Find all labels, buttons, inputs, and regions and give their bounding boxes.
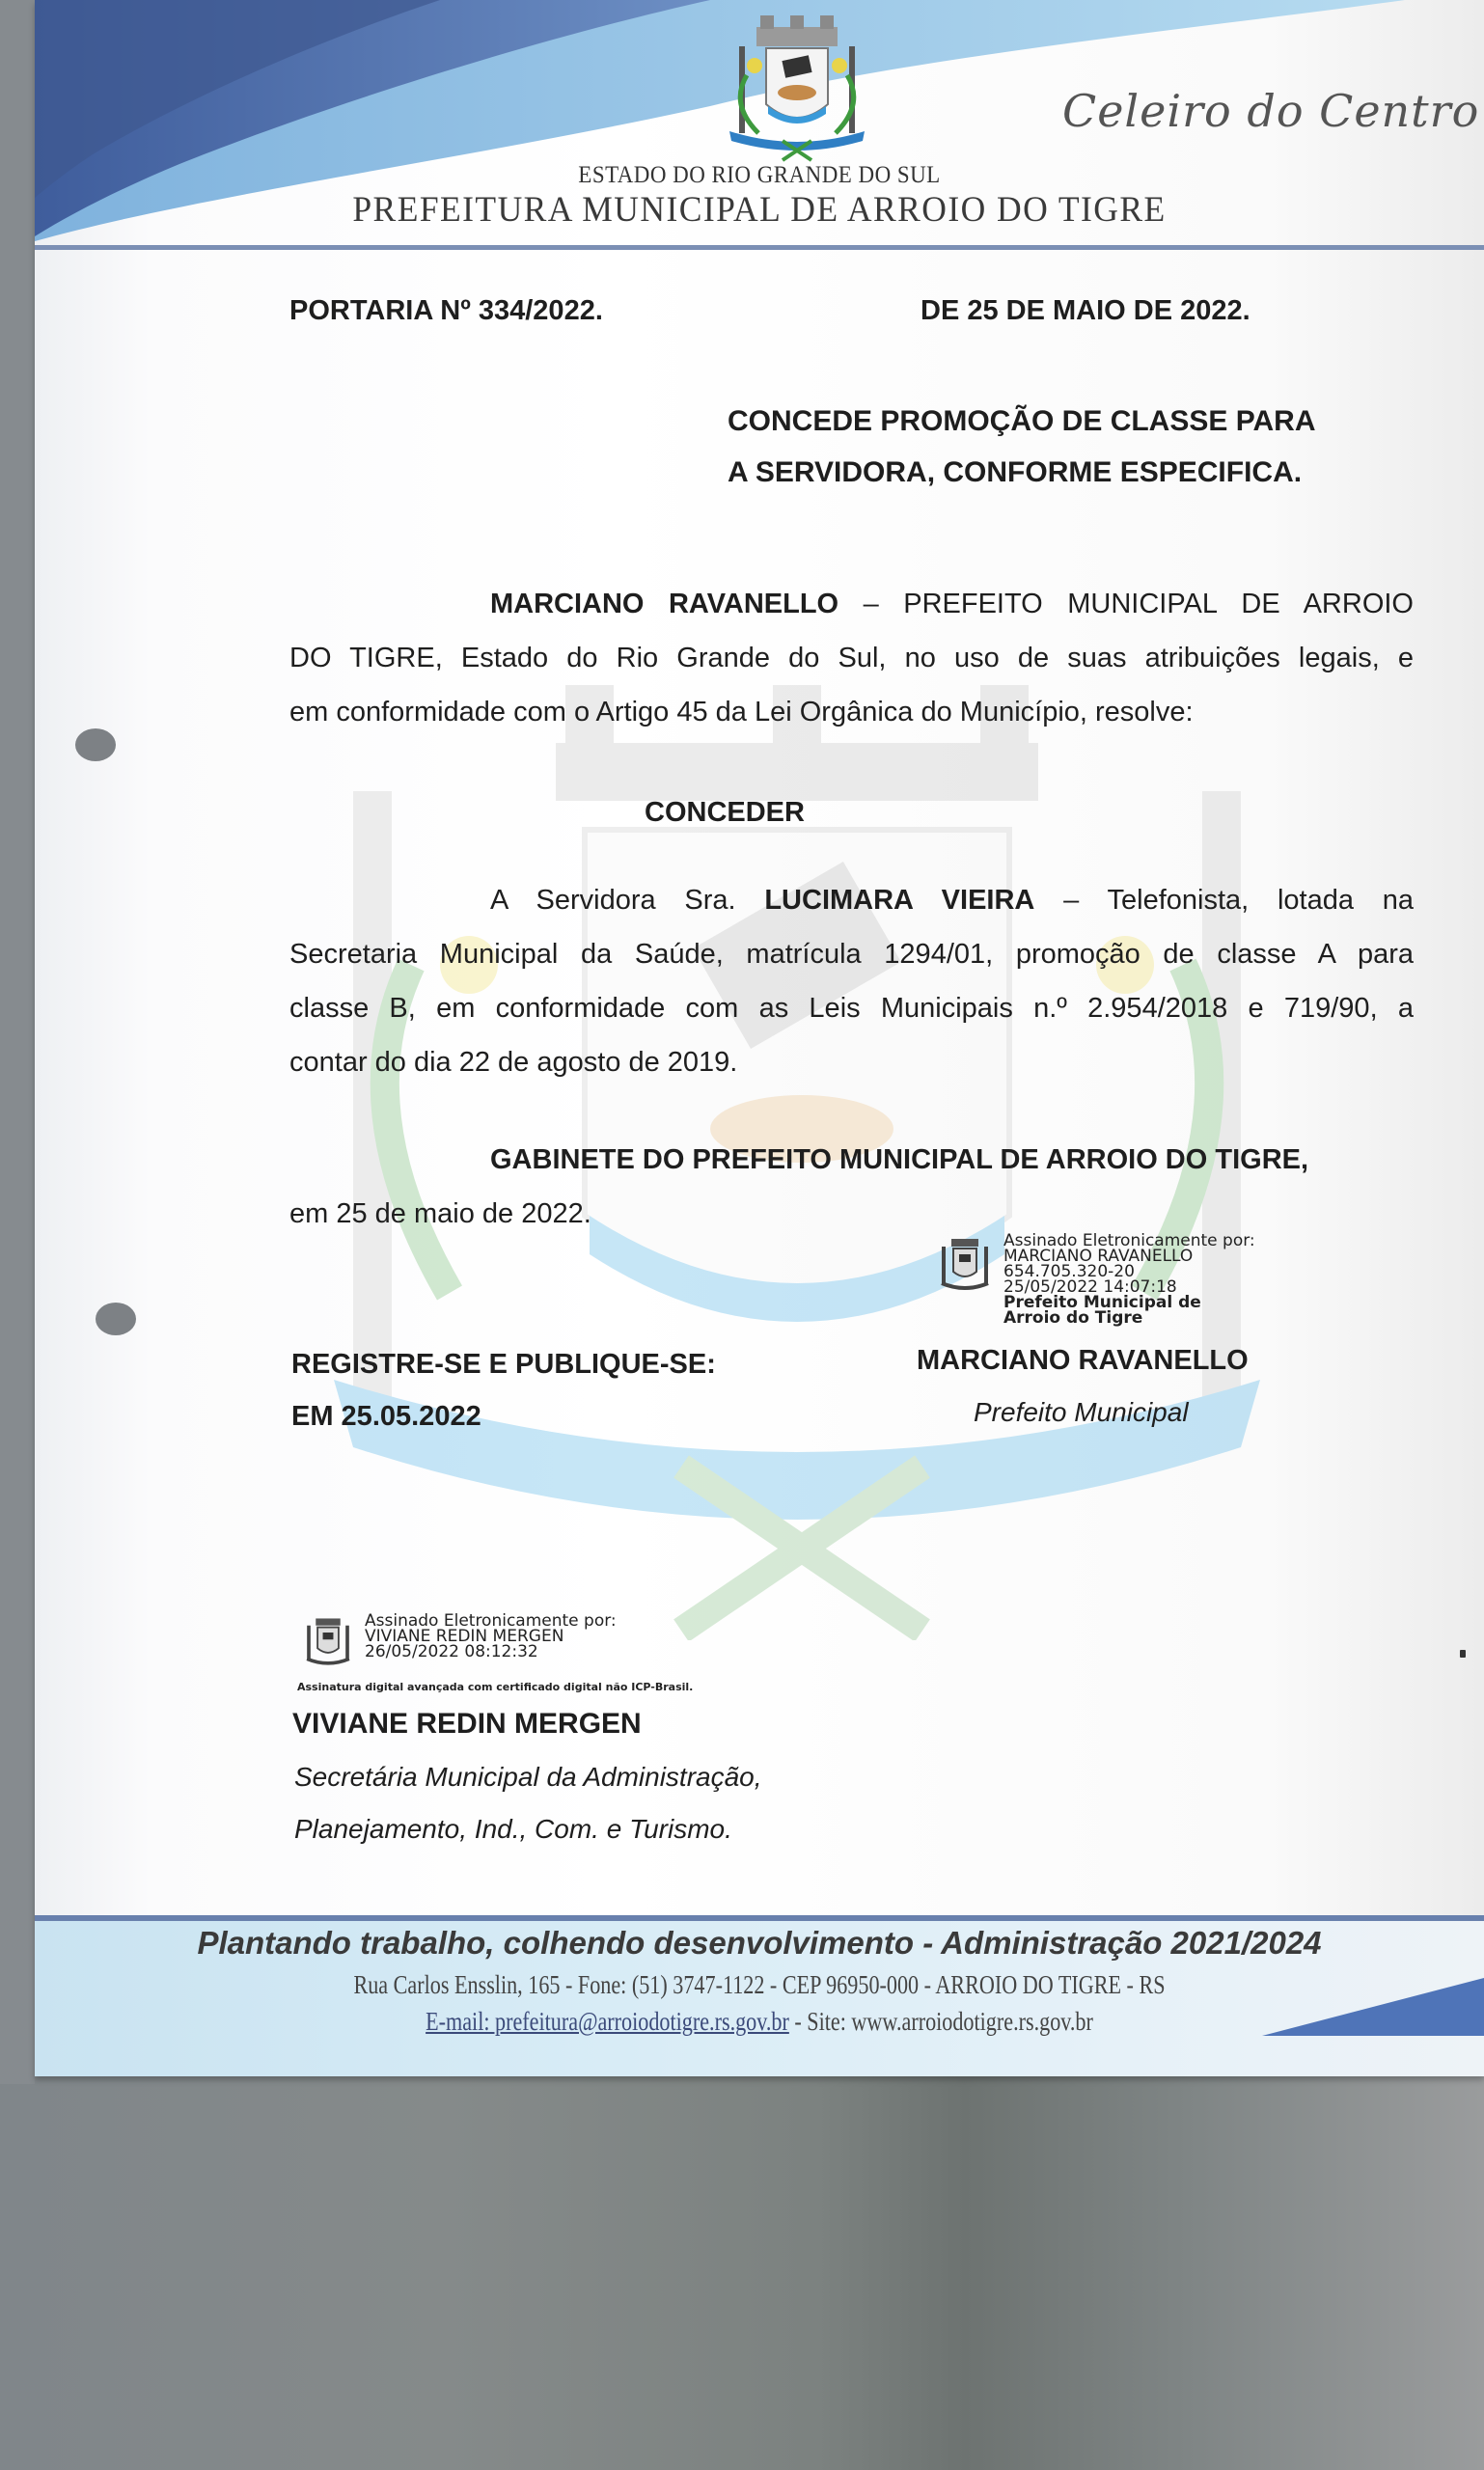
secretary-signature-name: VIVIANE REDIN MERGEN <box>292 1708 642 1741</box>
closing-paragraph: GABINETE DO PREFEITO MUNICIPAL DE ARROIO… <box>289 1133 1414 1241</box>
mayor-esignature-stamp: Assinado Eletronicamente por: MARCIANO R… <box>936 1233 1255 1326</box>
secretary-title-line: Planejamento, Ind., Com. e Turismo. <box>294 1814 732 1845</box>
crest-stamp-icon <box>936 1233 994 1297</box>
preamble-text: – PREFEITO MUNICIPAL DE ARROIO <box>838 589 1414 619</box>
footer-site[interactable]: Site: www.arroiodotigre.rs.gov.br <box>807 2007 1093 2036</box>
municipality-name: PREFEITURA MUNICIPAL DE ARROIO DO TIGRE <box>64 189 1455 231</box>
secretary-stamp-text: Assinado Eletronicamente por: VIVIANE RE… <box>365 1613 617 1660</box>
scanner-edge <box>0 0 35 2084</box>
footer-address: Rua Carlos Ensslin, 165 - Fone: (51) 374… <box>165 1970 1354 2000</box>
footer-separator: - <box>789 2007 807 2036</box>
portaria-number: PORTARIA Nº 334/2022. <box>289 295 603 327</box>
stamp-role: Arroio do Tigre <box>1003 1310 1255 1326</box>
footer-contact: E-mail: prefeitura@arroiodotigre.rs.gov.… <box>165 2007 1354 2037</box>
secretary-esignature-stamp: Assinado Eletronicamente por: VIVIANE RE… <box>301 1613 617 1671</box>
footer-email-link[interactable]: E-mail: prefeitura@arroiodotigre.rs.gov.… <box>426 2007 789 2036</box>
stamp-datetime: 26/05/2022 08:12:32 <box>365 1644 617 1660</box>
grant-line: contar do dia 22 de agosto de 2019. <box>289 1035 1414 1089</box>
grant-paragraph: A Servidora Sra. LUCIMARA VIEIRA – Telef… <box>289 873 1414 1089</box>
grant-line: classe B, em conformidade com as Leis Mu… <box>289 981 1414 1035</box>
state-name: ESTADO DO RIO GRANDE DO SUL <box>93 162 1426 189</box>
document-page: Celeiro do Centro Serra ESTADO DO RIO GR… <box>35 0 1484 2076</box>
grant-text: – Telefonista, lotada na <box>1034 885 1414 916</box>
mayor-stamp-text: Assinado Eletronicamente por: MARCIANO R… <box>1003 1233 1255 1326</box>
mayor-signature-title: Prefeito Municipal <box>974 1397 1189 1428</box>
punch-hole-top <box>75 728 116 761</box>
crest-stamp-icon <box>301 1613 355 1671</box>
municipal-crest-logo <box>701 8 893 162</box>
scan-speck <box>1460 1650 1466 1658</box>
signature-certificate-note: Assinatura digital avançada com certific… <box>297 1682 731 1693</box>
preamble-line: MARCIANO RAVANELLO – PREFEITO MUNICIPAL … <box>289 577 1414 631</box>
punch-hole-bottom <box>96 1303 136 1335</box>
grant-line: A Servidora Sra. LUCIMARA VIEIRA – Telef… <box>289 873 1414 927</box>
registration-label: REGISTRE-SE E PUBLIQUE-SE: <box>291 1349 716 1381</box>
preamble-line: DO TIGRE, Estado do Rio Grande do Sul, n… <box>289 631 1414 685</box>
employee-name: LUCIMARA VIEIRA <box>764 885 1034 916</box>
closing-office: GABINETE DO PREFEITO MUNICIPAL DE ARROIO… <box>289 1133 1414 1187</box>
portaria-date: DE 25 DE MAIO DE 2022. <box>921 295 1250 327</box>
grant-text: A Servidora Sra. <box>490 885 764 916</box>
preamble-paragraph: MARCIANO RAVANELLO – PREFEITO MUNICIPAL … <box>289 577 1414 739</box>
footer-slogan: Plantando trabalho, colhendo desenvolvim… <box>35 1925 1484 1962</box>
grant-line: Secretaria Municipal da Saúde, matrícula… <box>289 927 1414 981</box>
municipal-motto: Celeiro do Centro Serra <box>1062 85 1484 137</box>
summary-line: A SERVIDORA, CONFORME ESPECIFICA. <box>728 447 1316 498</box>
secretary-title-line: Secretária Municipal da Administração, <box>294 1762 762 1793</box>
registration-date: EM 25.05.2022 <box>291 1401 481 1433</box>
header-rule <box>35 245 1484 250</box>
portaria-summary: CONCEDE PROMOÇÃO DE CLASSE PARA A SERVID… <box>728 396 1316 498</box>
preamble-line: em conformidade com o Artigo 45 da Lei O… <box>289 685 1414 739</box>
action-heading: CONCEDER <box>35 797 1449 829</box>
verification-side-stamp <box>1445 830 1474 1370</box>
summary-line: CONCEDE PROMOÇÃO DE CLASSE PARA <box>728 396 1316 447</box>
mayor-signature-name: MARCIANO RAVANELLO <box>917 1345 1249 1377</box>
mayor-name-inline: MARCIANO RAVANELLO <box>490 589 838 619</box>
